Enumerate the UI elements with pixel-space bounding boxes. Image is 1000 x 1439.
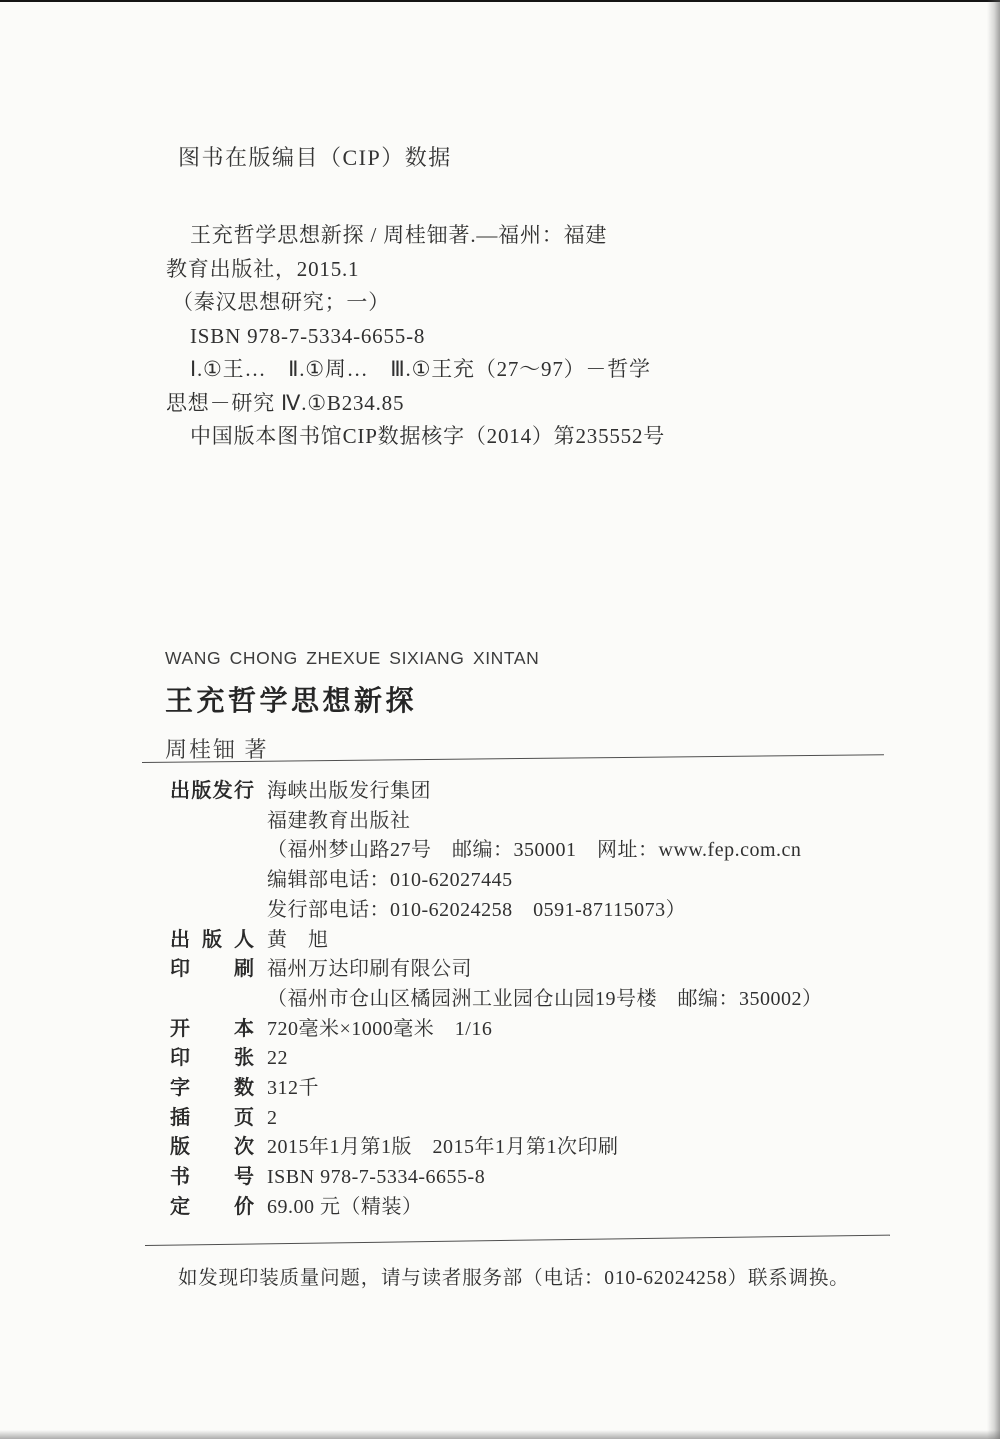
row-value: 黄 旭: [267, 926, 329, 956]
row-label: 插页: [170, 1104, 254, 1134]
row-value: 发行部电话：010-62024258 0591-87115073）: [267, 896, 686, 926]
cip-header: 图书在版编目（CIP）数据: [178, 141, 452, 172]
row-value: 22: [267, 1044, 288, 1074]
colophon-row: 印张 22: [170, 1044, 823, 1074]
colophon-row: 版次 2015年1月第1版 2015年1月第1次印刷: [170, 1133, 823, 1163]
colophon-row: 插页 2: [170, 1104, 823, 1134]
colophon-row: 出版人 黄 旭: [170, 926, 823, 956]
publication-info: 出版发行 海峡出版发行集团 福建教育出版社 （福州梦山路27号 邮编：35000…: [170, 777, 823, 1223]
row-value: 编辑部电话：010-62027445: [267, 866, 513, 896]
row-label: [170, 807, 254, 837]
colophon-row: （福州市仓山区橘园洲工业园仓山园19号楼 邮编：350002）: [170, 985, 823, 1015]
row-label: [170, 866, 254, 896]
row-label: [170, 836, 254, 866]
row-value: 福州万达印刷有限公司: [267, 955, 472, 985]
copyright-page: 图书在版编目（CIP）数据 王充哲学思想新探 / 周桂钿著.—福州：福建 教育出…: [0, 0, 1000, 1439]
row-value: 福建教育出版社: [267, 807, 411, 837]
row-label: 出版人: [170, 926, 254, 956]
row-label: 印张: [170, 1044, 254, 1074]
row-value: ISBN 978-7-5334-6655-8: [267, 1163, 485, 1193]
row-value: 2015年1月第1版 2015年1月第1次印刷: [267, 1133, 619, 1163]
cip-line: 教育出版社，2015.1: [166, 253, 665, 287]
cip-line: 思想－研究 Ⅳ.①B234.85: [166, 387, 665, 421]
cip-line: Ⅰ.①王… Ⅱ.①周… Ⅲ.①王充（27～97）－哲学: [166, 353, 665, 387]
scan-edge-bottom: [0, 1430, 1000, 1439]
colophon-row: 发行部电话：010-62024258 0591-87115073）: [170, 896, 823, 926]
row-label: 字数: [170, 1074, 254, 1104]
colophon-row: 出版发行 海峡出版发行集团: [170, 777, 823, 807]
colophon-row: 福建教育出版社: [170, 807, 823, 837]
row-label: 印刷: [170, 955, 254, 985]
cip-line: 中国版本图书馆CIP数据核字（2014）第235552号: [166, 420, 665, 454]
colophon-row: 书号 ISBN 978-7-5334-6655-8: [170, 1163, 823, 1193]
quality-note: 如发现印装质量问题，请与读者服务部（电话：010-62024258）联系调换。: [178, 1262, 849, 1290]
row-value: 海峡出版发行集团: [267, 777, 431, 807]
row-label: [170, 896, 254, 926]
scan-edge-top: [0, 0, 1000, 2]
row-label: [170, 985, 254, 1015]
row-value: 69.00 元（精装）: [267, 1193, 423, 1223]
row-value: 312千: [267, 1074, 319, 1104]
row-value: （福州市仓山区橘园洲工业园仓山园19号楼 邮编：350002）: [267, 985, 823, 1015]
row-label: 版次: [170, 1133, 254, 1163]
row-label: 定价: [170, 1193, 254, 1223]
colophon-row: 字数 312千: [170, 1074, 823, 1104]
row-value: （福州梦山路27号 邮编：350001 网址：www.fep.com.cn: [267, 836, 801, 866]
colophon-row: 印刷 福州万达印刷有限公司: [170, 955, 823, 985]
scan-edge-right: [987, 0, 1000, 1439]
row-label: 书号: [170, 1163, 254, 1193]
row-label: 开本: [170, 1015, 254, 1045]
colophon-row: 开本 720毫米×1000毫米 1/16: [170, 1015, 823, 1045]
cip-line: （秦汉思想研究；一）: [166, 286, 665, 320]
colophon-row: （福州梦山路27号 邮编：350001 网址：www.fep.com.cn: [170, 836, 823, 866]
divider-line: [145, 1235, 890, 1246]
cip-line: 王充哲学思想新探 / 周桂钿著.—福州：福建: [166, 219, 665, 253]
book-title: 王充哲学思想新探: [165, 679, 539, 719]
row-value: 720毫米×1000毫米 1/16: [267, 1015, 492, 1045]
row-value: 2: [267, 1104, 278, 1134]
colophon-row: 定价 69.00 元（精装）: [170, 1193, 823, 1223]
cip-line: ISBN 978-7-5334-6655-8: [166, 320, 665, 354]
cip-data-block: 王充哲学思想新探 / 周桂钿著.—福州：福建 教育出版社，2015.1 （秦汉思…: [166, 219, 665, 454]
row-label: 出版发行: [170, 777, 254, 807]
title-block: WANG CHONG ZHEXUE SIXIANG XINTAN 王充哲学思想新…: [165, 648, 539, 764]
romanized-title: WANG CHONG ZHEXUE SIXIANG XINTAN: [165, 648, 539, 669]
colophon-row: 编辑部电话：010-62027445: [170, 866, 823, 896]
